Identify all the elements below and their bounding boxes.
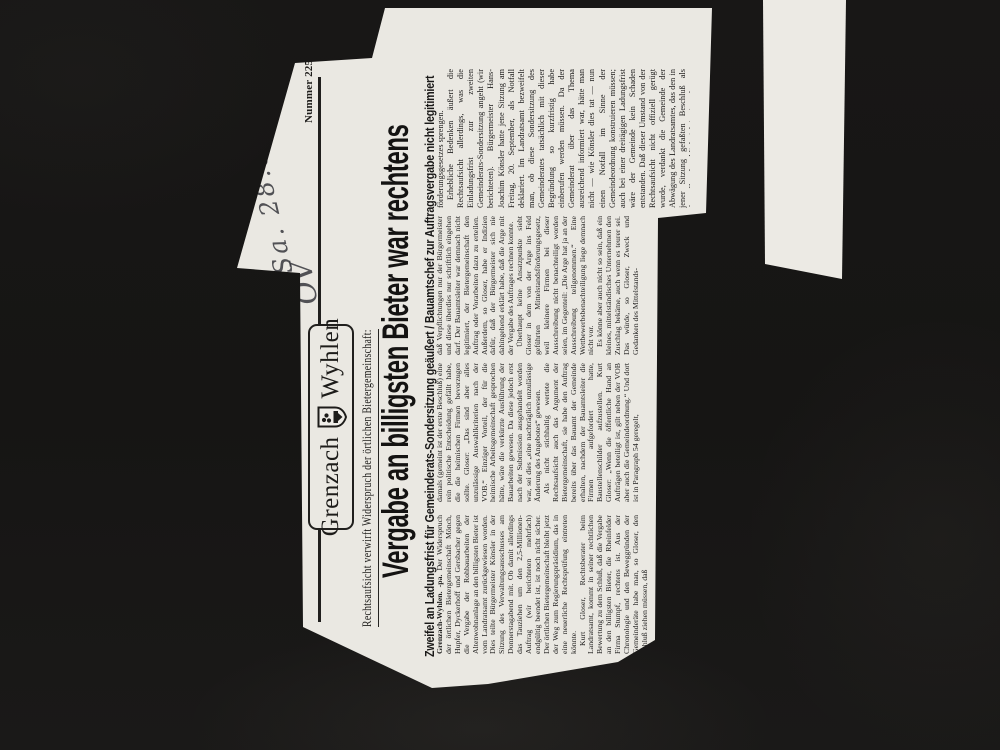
article-headline: Vergabe an billigsten Bieter war rechten… (375, 124, 417, 578)
article-column-3: daß Verpflichtungen nur der Bürgermeiste… (436, 216, 662, 355)
section-masthead: Grenzach Wyhlen (308, 324, 354, 530)
article-column-1: Grenzach-Wyhlen. -pa. Der Widerspruch de… (436, 515, 665, 654)
masthead-left-title: Grenzach (317, 436, 345, 536)
coat-of-arms-icon (317, 406, 347, 428)
article-subheadline: Zweifel an Ladungsfrist für Gemeinderats… (422, 76, 437, 657)
article-column-4: förderungsgesetzes sprengen.Erhebliche B… (436, 69, 690, 208)
issue-number: Nummer 225 (303, 77, 315, 123)
masthead-right-title: Wyhlen (317, 318, 345, 399)
article-column-2: damals (gemeint ist der erste Beschluß) … (436, 363, 661, 502)
